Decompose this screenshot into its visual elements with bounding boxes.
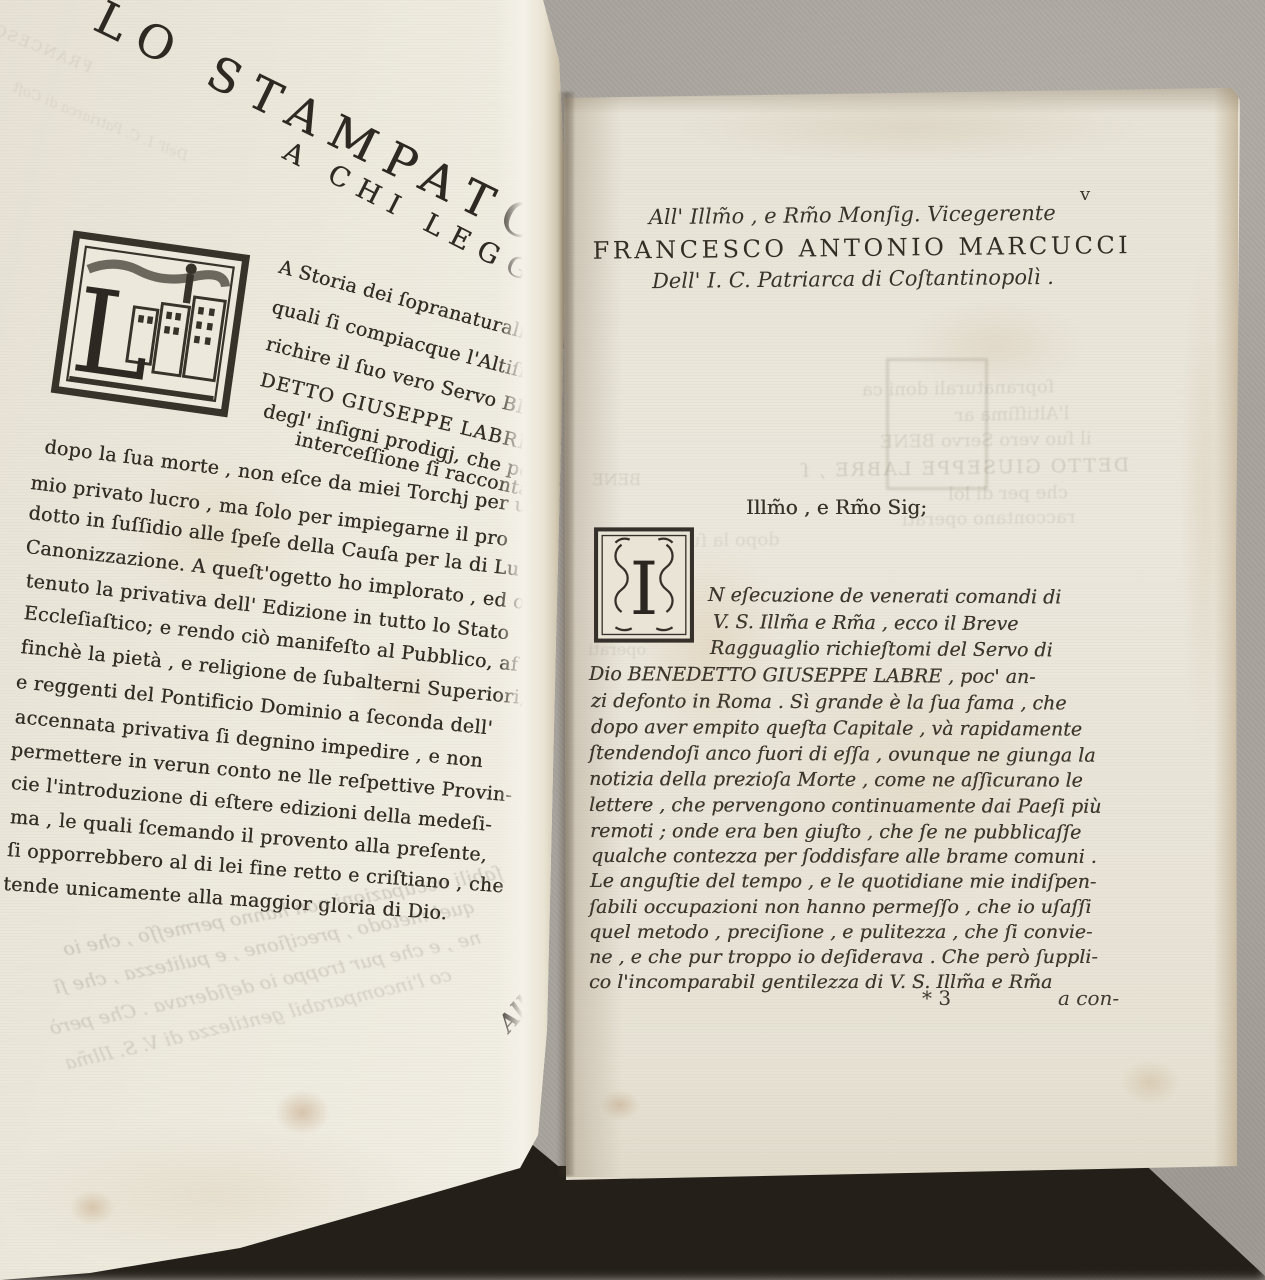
dedication-line-3: Dell' I. C. Patriarca di Coſtantinopolì … <box>593 264 1113 293</box>
right-body-line: qualche contezza per ſoddisfare alle bra… <box>591 845 1097 868</box>
right-body-line: quel metodo , preciſione , e pulitezza ,… <box>589 921 1092 943</box>
right-body-line: zi defonto in Roma . Sì grande è la ſua … <box>591 690 1067 714</box>
right-body-line: ne , e che pur troppo io deſiderava . Ch… <box>589 946 1098 968</box>
ghost-text: il ſuo vero Servo BENE <box>880 428 1092 453</box>
catchword: a con- <box>1058 986 1119 1010</box>
ghost-text: ſopranaturali doni ca <box>862 376 1055 400</box>
right-body-line: dopo aver empito queſta Capitale , và ra… <box>591 716 1082 741</box>
right-body-line: notizia della prezioſa Morte , come ne a… <box>589 768 1083 792</box>
right-body-line: ſtendendoſi anco fuori di eſſa , ovunque… <box>589 742 1096 767</box>
ghost-text: Dell' I. C. Patriarca di Coſt <box>10 80 190 165</box>
initial-letter-I: I <box>629 547 658 632</box>
dedication-line-2: FRANCESCO ANTONIO MARCUCCI <box>592 231 1112 264</box>
salutation: Illm̃o , e Rm̃o Sig; <box>746 495 927 519</box>
right-body-line: co l'incomparabil gentilezza di V. S. Il… <box>589 971 1052 993</box>
gutter-crease <box>557 92 574 1176</box>
right-body-line: ſabili occupazioni non hanno permeſſo , … <box>589 896 1091 918</box>
right-body-line: lettere , che pervengono continuamente d… <box>589 794 1102 818</box>
photo-stage: FRANCESCO ANTONIO MARCUCCI Dell' I. C. P… <box>0 0 1265 1280</box>
ghost-text: BENE <box>592 470 641 489</box>
catchword: All <box>492 991 538 1038</box>
ghost-text: DETTO GIUSEPPE LABRE , ſ <box>800 454 1129 482</box>
right-body-line: Dio BENEDETTO GIUSEPPE LABRE , poc' an- <box>589 663 1036 688</box>
stain <box>1120 1060 1180 1105</box>
initial-I-woodcut: I <box>593 526 695 644</box>
signature-mark: * 3 <box>922 986 951 1010</box>
ghost-text: raccontano operati <box>902 506 1076 530</box>
stain <box>275 1090 330 1135</box>
right-body-line: Le anguſtie del tempo , e le quotidiane … <box>590 870 1096 893</box>
right-body-line: N eſecuzione de venerati comandi di <box>708 584 1062 608</box>
ghost-text: l'Altiſſima ar <box>955 403 1070 426</box>
fore-edge-shade <box>1214 88 1238 1170</box>
dedication-line-1: All' Illm̃o , e Rm̃o Monſig. Vicegerente <box>592 200 1112 229</box>
ghost-text: che per di lol <box>948 482 1068 505</box>
right-body-line: Ragguaglio richieſtomi del Servo di <box>710 637 1053 661</box>
initial-L-woodcut: L <box>49 228 253 420</box>
right-body-line: V. S. Illm̃a e Rm̃a , ecco il Breve <box>713 611 1019 635</box>
ghost-text: FRANCESCO ANTONIO MARCUCCI <box>0 0 95 77</box>
right-body-line: remoti ; onde era ben giuſto , che ſe ne… <box>590 820 1081 844</box>
stain <box>70 1190 115 1225</box>
